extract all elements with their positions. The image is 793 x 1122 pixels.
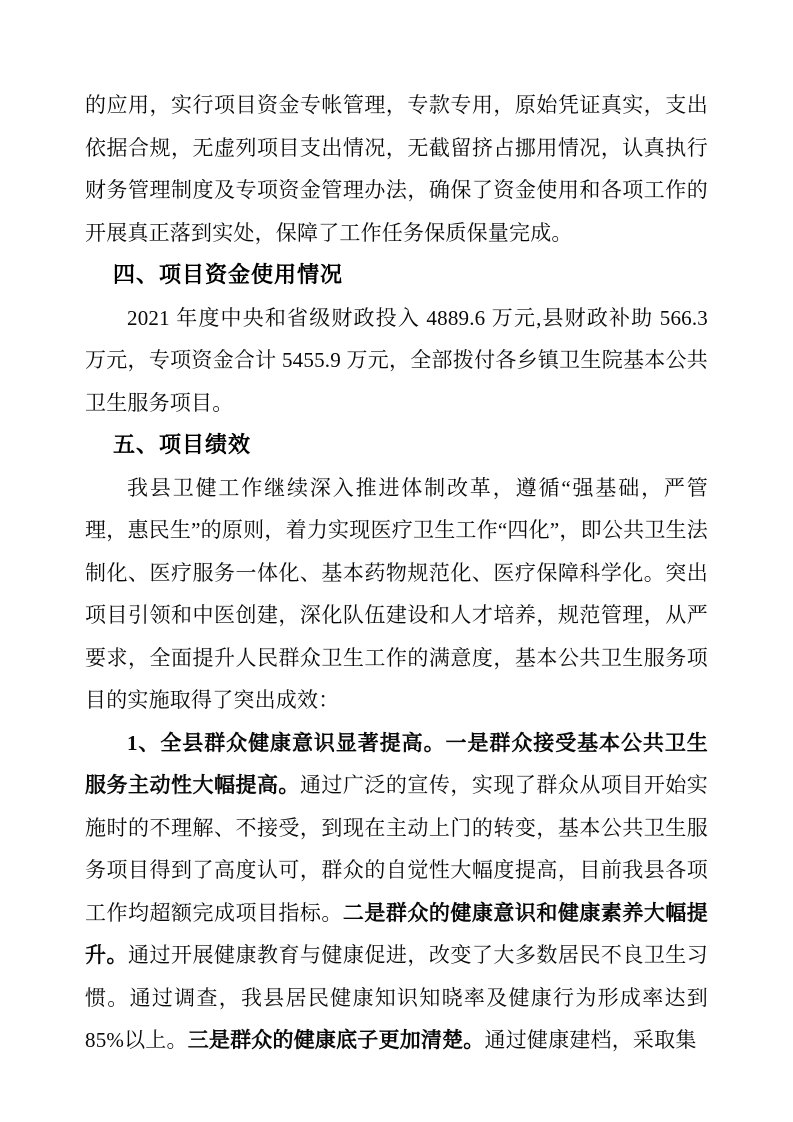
heading-section-four-fund-usage: 四、项目资金使用情况 xyxy=(85,254,708,297)
page-text-area: 的应用，实行项目资金专帐管理，专款专用，原始凭证真实，支出依据合规，无虚列项目支… xyxy=(85,84,708,1062)
text-run: 我县卫健工作继续深入推进体制改革，遵循“强基础，严管理，惠民生”的原则，着力实现… xyxy=(85,476,708,713)
heading-section-five-performance: 五、项目绩效 xyxy=(85,424,708,467)
paragraph-fund-discipline: 的应用，实行项目资金专帐管理，专款专用，原始凭证真实，支出依据合规，无虚列项目支… xyxy=(85,84,708,254)
text-run: 通过健康建档，采取集 xyxy=(485,1028,697,1052)
heading-text: 五、项目绩效 xyxy=(113,432,251,457)
paragraph-fund-amounts: 2021 年度中央和省级财政投入 4889.6 万元,县财政补助 566.3 万… xyxy=(85,297,708,425)
paragraph-performance-overview: 我县卫健工作继续深入推进体制改革，遵循“强基础，严管理，惠民生”的原则，着力实现… xyxy=(85,467,708,722)
heading-text: 四、项目资金使用情况 xyxy=(113,262,343,287)
paragraph-achievement-health-awareness: 1、全县群众健康意识显著提高。一是群众接受基本公共卫生服务主动性大幅提高。通过广… xyxy=(85,722,708,1062)
document-page: 的应用，实行项目资金专帐管理，专款专用，原始凭证真实，支出依据合规，无虚列项目支… xyxy=(0,0,793,1122)
text-run: 的应用，实行项目资金专帐管理，专款专用，原始凭证真实，支出依据合规，无虚列项目支… xyxy=(85,93,708,245)
text-run: 2021 年度中央和省级财政投入 4889.6 万元,县财政补助 566.3 万… xyxy=(85,306,708,415)
bold-run-point-three: 三是群众的健康底子更加清楚。 xyxy=(188,1028,485,1052)
